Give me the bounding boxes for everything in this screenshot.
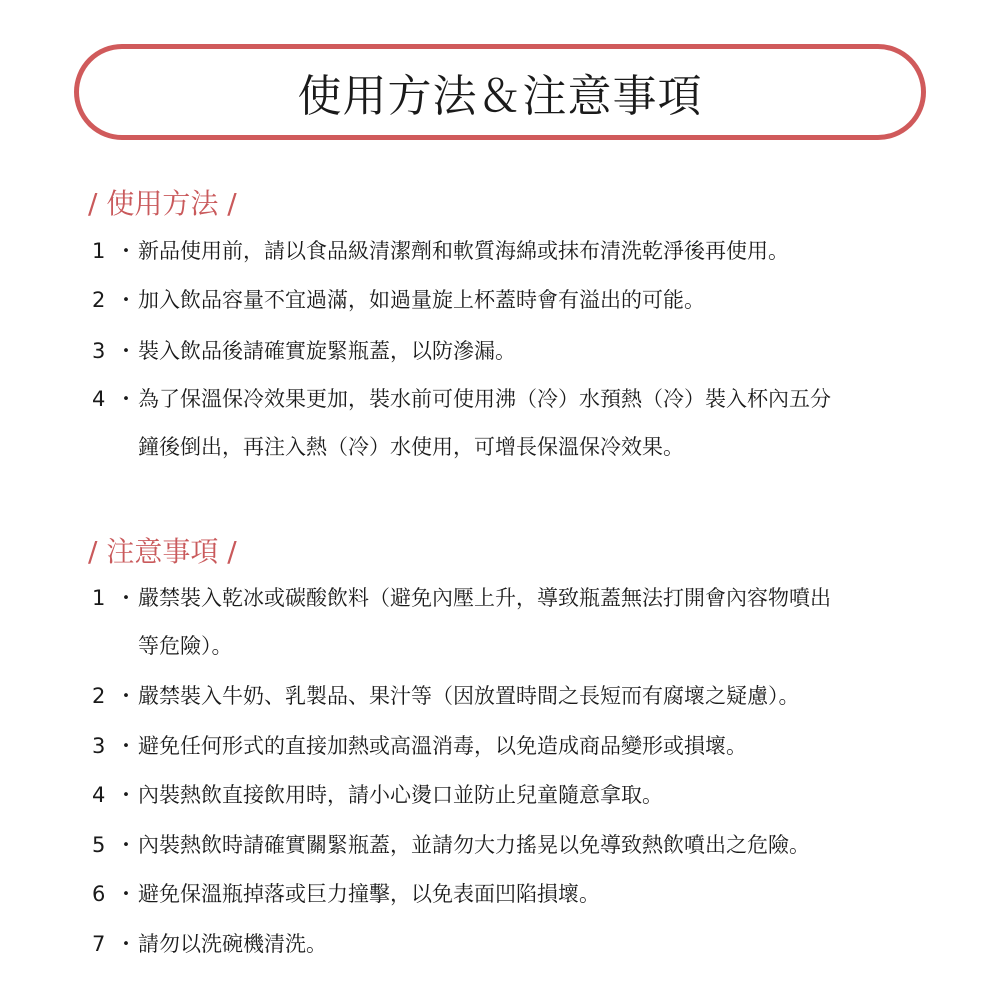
item-text: 新品使用前，請以食品級清潔劑和軟質海綿或抹布清洗乾淨後再使用。 [138,239,789,263]
usage-heading: / 使用方法 / [88,182,237,222]
notes-heading: / 注意事項 / [88,530,237,570]
usage-item-4: 4・為了保溫保冷效果更加，裝水前可使用沸（冷）水預熱（冷）裝入杯內五分 [92,386,831,412]
item-text: 內裝熱飲時請確實關緊瓶蓋，並請勿大力搖晃以免導致熱飲噴出之危險。 [138,833,810,857]
notes-item-4: 4・內裝熱飲直接飲用時，請小心燙口並防止兒童隨意拿取。 [92,782,663,808]
item-number: 1 [92,585,114,611]
bullet-dot: ・ [114,238,138,264]
usage-item-2: 2・加入飲品容量不宜過滿，如過量旋上杯蓋時會有溢出的可能。 [92,287,705,313]
bullet-dot: ・ [114,287,138,313]
bullet-dot: ・ [114,585,138,611]
notes-item-1: 1・嚴禁裝入乾冰或碳酸飲料（避免內壓上升，導致瓶蓋無法打開會內容物噴出 [92,585,831,611]
item-number: 4 [92,782,114,808]
item-number: 6 [92,881,114,907]
item-text: 請勿以洗碗機清洗。 [138,932,327,956]
item-text: 避免保溫瓶掉落或巨力撞擊，以免表面凹陷損壞。 [138,882,600,906]
bullet-dot: ・ [114,733,138,759]
bullet-dot: ・ [114,832,138,858]
item-text: 避免任何形式的直接加熱或高溫消毒，以免造成商品變形或損壞。 [138,734,747,758]
notes-item-6: 6・避免保溫瓶掉落或巨力撞擊，以免表面凹陷損壞。 [92,881,600,907]
item-number: 2 [92,683,114,709]
item-number: 2 [92,287,114,313]
bullet-dot: ・ [114,782,138,808]
title-banner: 使用方法＆注意事項 [74,44,926,140]
item-number: 1 [92,238,114,264]
usage-item-3: 3・裝入飲品後請確實旋緊瓶蓋，以防滲漏。 [92,338,516,364]
usage-item-1: 1・新品使用前，請以食品級清潔劑和軟質海綿或抹布清洗乾淨後再使用。 [92,238,789,264]
item-text: 加入飲品容量不宜過滿，如過量旋上杯蓋時會有溢出的可能。 [138,288,705,312]
usage-item-4-continued: 鐘後倒出，再注入熱（冷）水使用，可增長保溫保冷效果。 [138,434,684,460]
item-number: 4 [92,386,114,412]
item-number: 7 [92,931,114,957]
item-text: 嚴禁裝入牛奶、乳製品、果汁等（因放置時間之長短而有腐壞之疑慮）。 [138,684,800,708]
page-title: 使用方法＆注意事項 [298,60,703,124]
item-text: 內裝熱飲直接飲用時，請小心燙口並防止兒童隨意拿取。 [138,783,663,807]
bullet-dot: ・ [114,881,138,907]
bullet-dot: ・ [114,386,138,412]
bullet-dot: ・ [114,931,138,957]
item-number: 3 [92,338,114,364]
bullet-dot: ・ [114,683,138,709]
item-text: 為了保溫保冷效果更加，裝水前可使用沸（冷）水預熱（冷）裝入杯內五分 [138,387,831,411]
notes-item-3: 3・避免任何形式的直接加熱或高溫消毒，以免造成商品變形或損壞。 [92,733,747,759]
item-text: 裝入飲品後請確實旋緊瓶蓋，以防滲漏。 [138,339,516,363]
notes-item-1-continued: 等危險）。 [138,633,233,659]
bullet-dot: ・ [114,338,138,364]
notes-item-7: 7・請勿以洗碗機清洗。 [92,931,327,957]
notes-item-5: 5・內裝熱飲時請確實關緊瓶蓋，並請勿大力搖晃以免導致熱飲噴出之危險。 [92,832,810,858]
item-text: 嚴禁裝入乾冰或碳酸飲料（避免內壓上升，導致瓶蓋無法打開會內容物噴出 [138,586,831,610]
notes-item-2: 2・嚴禁裝入牛奶、乳製品、果汁等（因放置時間之長短而有腐壞之疑慮）。 [92,683,800,709]
item-number: 5 [92,832,114,858]
item-number: 3 [92,733,114,759]
